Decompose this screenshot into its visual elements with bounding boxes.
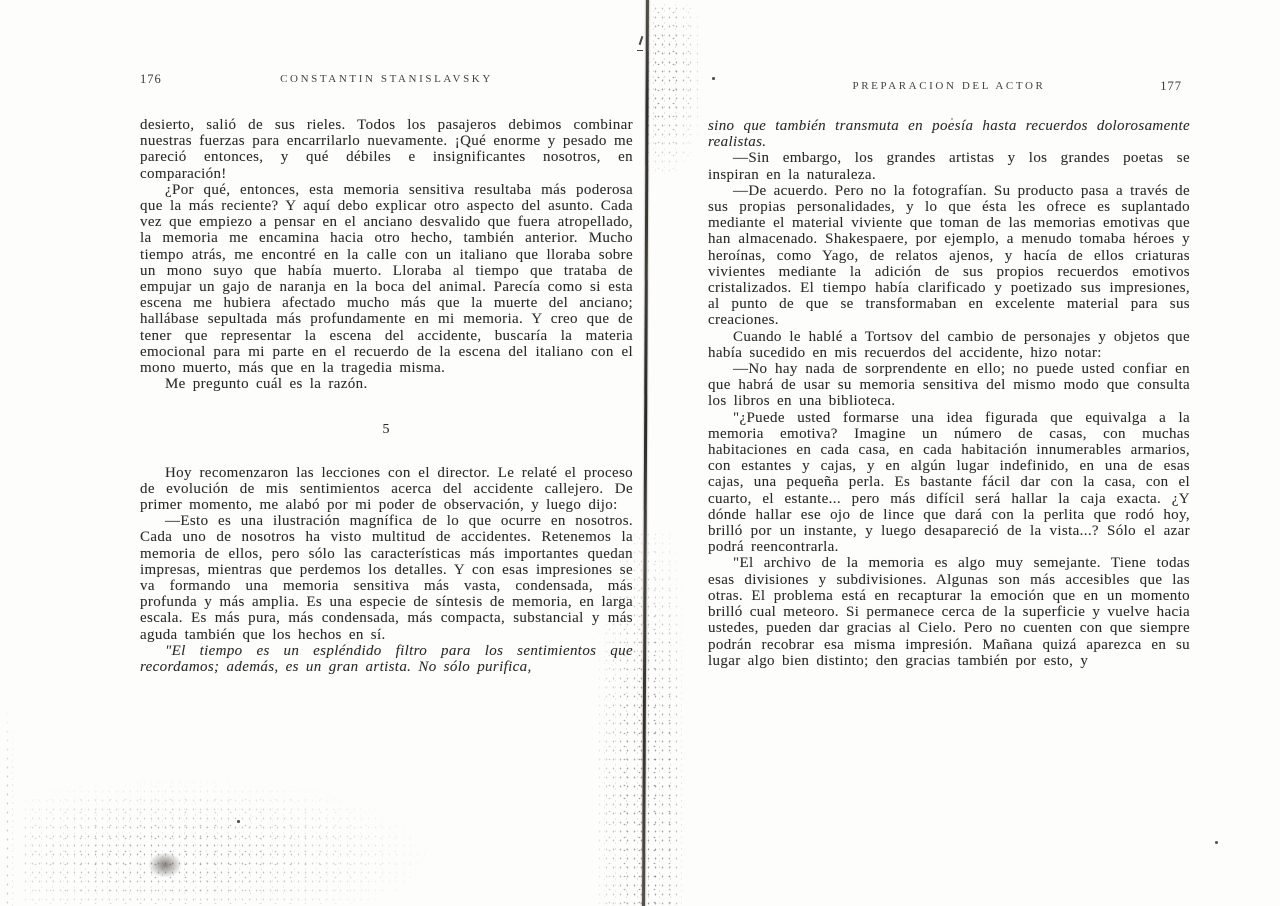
paragraph: —Esto es una ilustración magnífica de lo… <box>140 513 633 643</box>
paragraph: Me pregunto cuál es la razón. <box>140 376 633 392</box>
left-running-title: CONSTANTIN STANISLAVSKY <box>140 73 633 85</box>
scanned-book-spread: 176 CONSTANTIN STANISLAVSKY desierto, sa… <box>0 0 1280 906</box>
paragraph: —Sin embargo, los grandes artistas y los… <box>708 150 1190 182</box>
paragraph: sino que también transmuta en poesía has… <box>708 118 1190 150</box>
paragraph: Hoy recomenzaron las lecciones con el di… <box>140 465 633 514</box>
paragraph: ¿Por qué, entonces, esta memoria sensiti… <box>140 182 633 376</box>
scan-artifact-dot <box>712 77 715 80</box>
scan-smudge <box>148 852 182 878</box>
scan-artifact-dot <box>237 820 240 823</box>
paragraph: "El archivo de la memoria es algo muy se… <box>708 555 1190 668</box>
left-page: 176 CONSTANTIN STANISLAVSKY desierto, sa… <box>140 73 633 675</box>
right-page-text: sino que también transmuta en poesía has… <box>708 98 1190 669</box>
scan-noise-bottom-left <box>22 778 432 904</box>
paragraph: Cuando le hablé a Tortsov del cambio de … <box>708 329 1190 361</box>
right-page: PREPARACION DEL ACTOR 177 sino que tambi… <box>708 80 1190 669</box>
binding-noise-bottom <box>596 530 682 906</box>
scan-artifact-slash <box>639 36 643 45</box>
right-running-head: PREPARACION DEL ACTOR 177 <box>708 80 1190 98</box>
section-number: 5 <box>140 422 633 438</box>
left-running-head: 176 CONSTANTIN STANISLAVSKY <box>140 73 633 91</box>
paragraph: desierto, salió de sus rieles. Todos los… <box>140 117 633 182</box>
paragraph: "¿Puede usted formarse una idea figurada… <box>708 410 1190 556</box>
scan-artifact-dot <box>1215 841 1218 844</box>
scan-artifact-dot <box>951 118 953 120</box>
scan-noise-left-edge <box>4 700 14 906</box>
scan-artifact-dash <box>637 50 643 51</box>
right-running-title: PREPARACION DEL ACTOR <box>708 80 1190 92</box>
left-page-text: desierto, salió de sus rieles. Todos los… <box>140 91 633 675</box>
right-page-number: 177 <box>1160 79 1182 94</box>
binding-noise-top <box>645 4 703 179</box>
paragraph: —No hay nada de sorprendente en ello; no… <box>708 361 1190 410</box>
paragraph: —De acuerdo. Pero no la fotografían. Su … <box>708 183 1190 329</box>
paragraph: "El tiempo es un espléndido filtro para … <box>140 643 633 675</box>
